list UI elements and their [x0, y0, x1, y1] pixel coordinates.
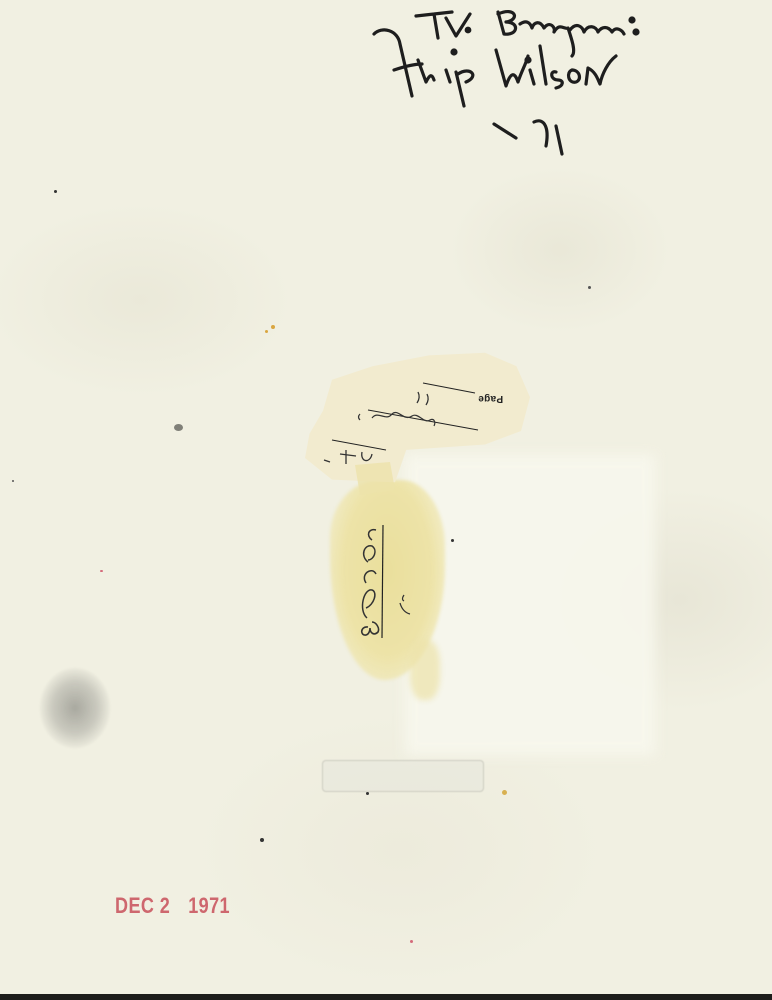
photo-back: Wilson Page 11 Wils. TV: [0, 0, 772, 994]
tape-residue: [322, 760, 484, 792]
date-stamp-year: 1971: [188, 893, 230, 918]
fingerprint-smudge: [40, 668, 110, 748]
dust-speck: [265, 330, 268, 333]
dust-speck: [174, 424, 183, 431]
paper-scrap-writing: [300, 340, 540, 500]
dust-speck: [260, 838, 264, 842]
dust-speck: [366, 792, 369, 795]
page-label: Page: [478, 393, 503, 404]
dust-speck: [502, 790, 507, 795]
dust-speck: [271, 325, 275, 329]
dust-speck: [410, 940, 413, 943]
date-stamp: DEC 21971: [115, 893, 230, 919]
dust-speck: [12, 480, 14, 482]
wilson-rotated-handwriting: [320, 470, 460, 700]
dust-speck: [100, 570, 103, 572]
handwritten-caption: [360, 0, 660, 170]
dust-speck: [588, 286, 591, 289]
date-stamp-day: DEC 2: [115, 893, 170, 918]
dust-speck: [54, 190, 57, 193]
scan-bottom-edge: [0, 994, 772, 1000]
